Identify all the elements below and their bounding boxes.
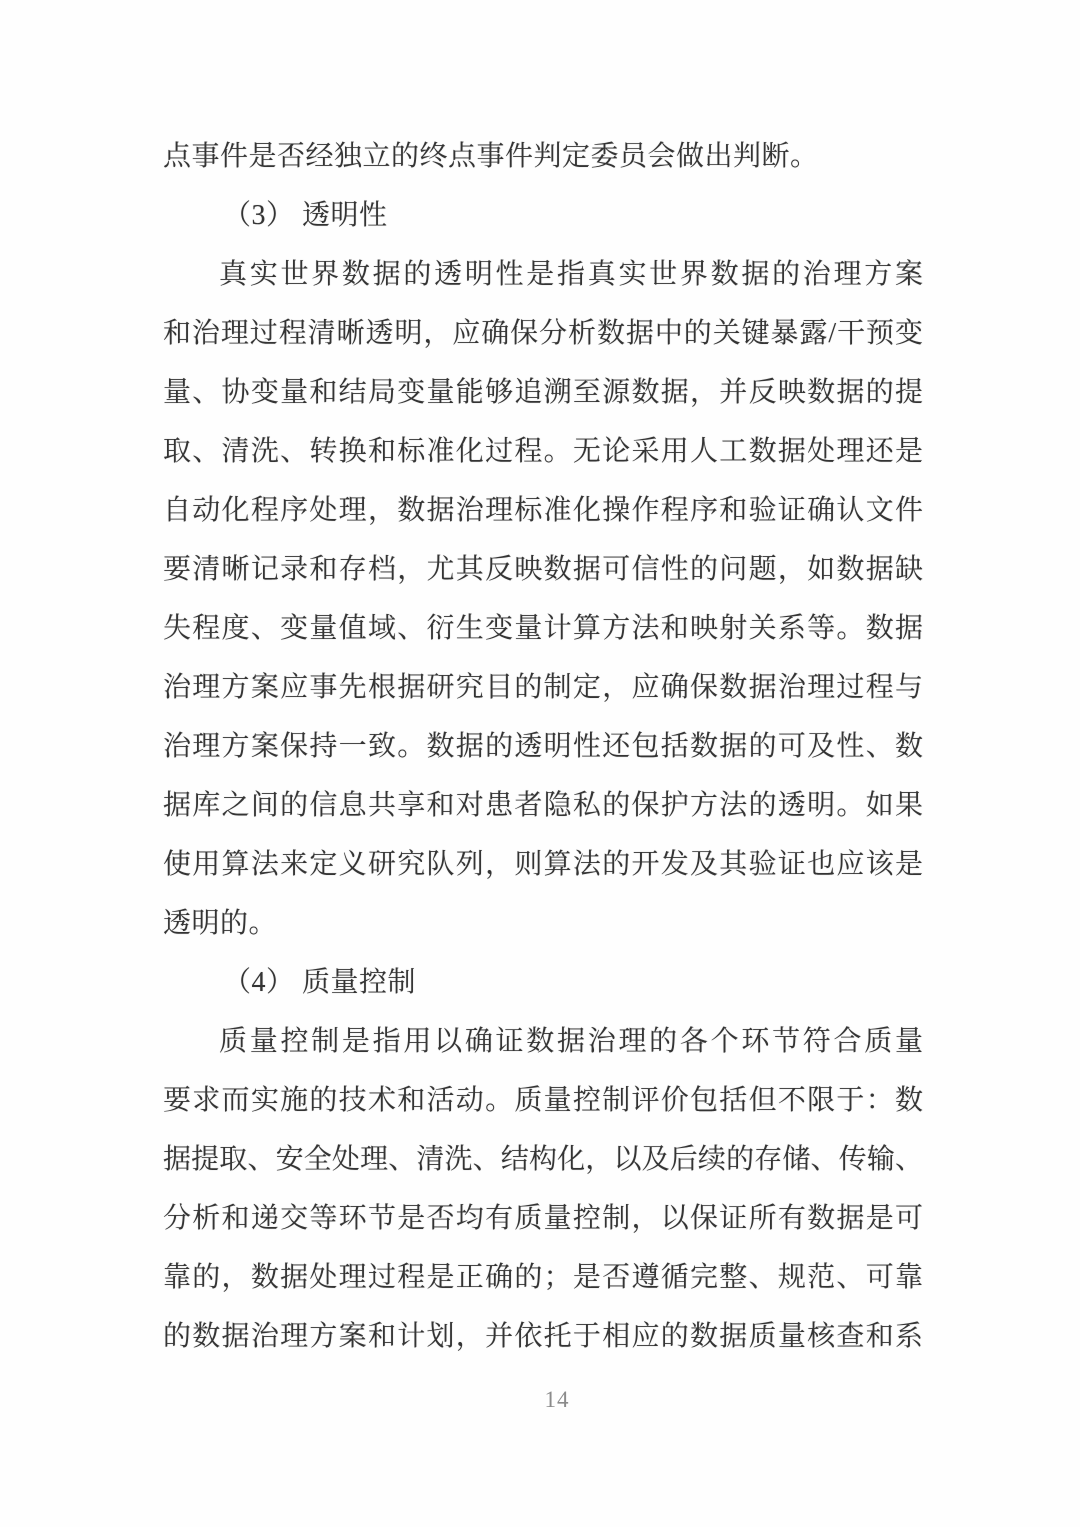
text-line: 量、协变量和结局变量能够追溯至源数据，并反映数据的提	[163, 363, 923, 422]
text-line: 自动化程序处理，数据治理标准化操作程序和验证确认文件	[163, 481, 923, 540]
text-line: 靠的，数据处理过程是正确的；是否遵循完整、规范、可靠	[163, 1248, 923, 1307]
text-line: 要清晰记录和存档，尤其反映数据可信性的问题，如数据缺	[163, 540, 923, 599]
paragraph-first-line: 真实世界数据的透明性是指真实世界数据的治理方案	[163, 245, 923, 304]
text-line: 据提取、安全处理、清洗、结构化，以及后续的存储、传输、	[163, 1130, 923, 1189]
text-line: 治理方案应事先根据研究目的制定，应确保数据治理过程与	[163, 658, 923, 717]
section-heading-4: （4） 质量控制	[163, 953, 923, 1012]
text-line: 分析和递交等环节是否均有质量控制，以保证所有数据是可	[163, 1189, 923, 1248]
text-line: 要求而实施的技术和活动。质量控制评价包括但不限于：数	[163, 1071, 923, 1130]
section-heading-3: （3） 透明性	[163, 186, 923, 245]
text-line: 取、清洗、转换和标准化过程。无论采用人工数据处理还是	[163, 422, 923, 481]
text-line: 使用算法来定义研究队列，则算法的开发及其验证也应该是	[163, 835, 923, 894]
page-footer: 14	[163, 1384, 923, 1416]
text-line: 据库之间的信息共享和对患者隐私的保护方法的透明。如果	[163, 776, 923, 835]
text-line: 的数据治理方案和计划，并依托于相应的数据质量核查和系	[163, 1307, 923, 1366]
text-line: 失程度、变量值域、衍生变量计算方法和映射关系等。数据	[163, 599, 923, 658]
text-line: 治理方案保持一致。数据的透明性还包括数据的可及性、数	[163, 717, 923, 776]
paragraph-last-line: 点事件是否经独立的终点事件判定委员会做出判断。	[163, 127, 923, 186]
page-number: 14	[545, 1384, 570, 1416]
text-line: 和治理过程清晰透明，应确保分析数据中的关键暴露/干预变	[163, 304, 923, 363]
document-page: 点事件是否经独立的终点事件判定委员会做出判断。 （3） 透明性 真实世界数据的透…	[0, 0, 1080, 1527]
page-text-body: 点事件是否经独立的终点事件判定委员会做出判断。 （3） 透明性 真实世界数据的透…	[163, 127, 923, 1366]
paragraph-last-line: 透明的。	[163, 894, 923, 953]
paragraph-first-line: 质量控制是指用以确证数据治理的各个环节符合质量	[163, 1012, 923, 1071]
